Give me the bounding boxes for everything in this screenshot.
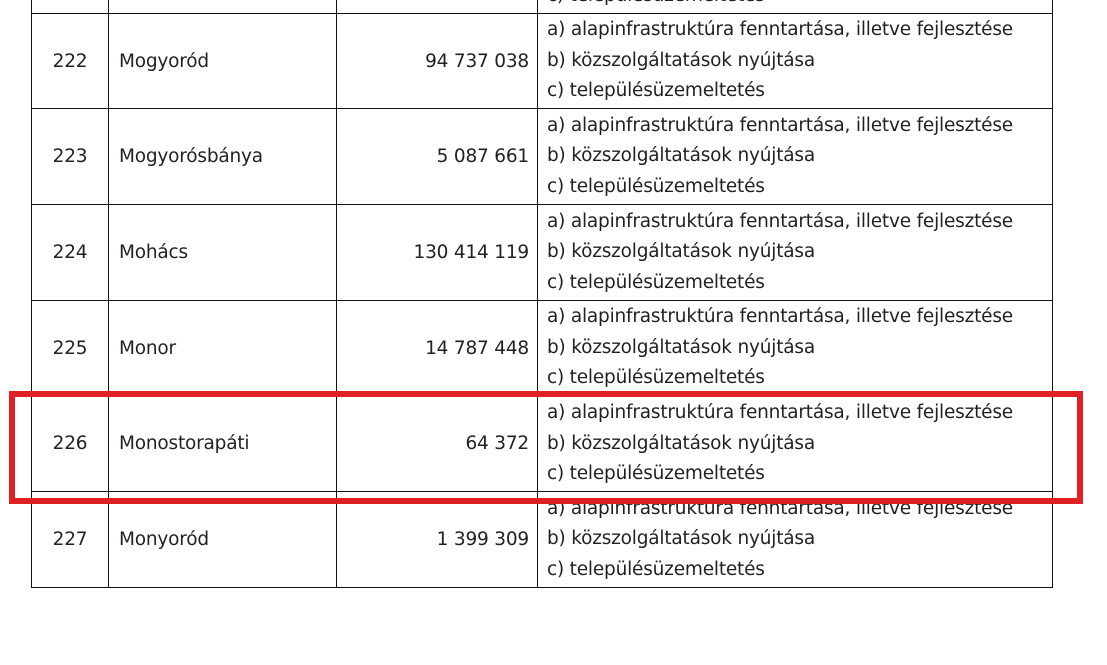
amount: 130 414 119 xyxy=(337,205,538,300)
amount: 1 399 309 xyxy=(337,492,538,587)
table-row: 222Mogyoród94 737 038a) alapinfrastruktú… xyxy=(32,14,1052,110)
task-item: a) alapinfrastruktúra fenntartása, illet… xyxy=(547,398,1013,429)
tasks: a) alapinfrastruktúra fenntartása, illet… xyxy=(538,396,1052,491)
table-row: 227Monyoród1 399 309a) alapinfrastruktúr… xyxy=(32,492,1052,588)
task-item: b) közszolgáltatások nyújtása xyxy=(547,524,815,555)
tasks: a) alapinfrastruktúra fenntartása, illet… xyxy=(538,301,1052,396)
task-item: b) közszolgáltatások nyújtása xyxy=(547,46,815,77)
municipality-name: Monyoród xyxy=(109,492,337,587)
amount: 64 372 xyxy=(337,396,538,491)
task-item: b) közszolgáltatások nyújtása xyxy=(547,237,815,268)
task-item: c) településüzemeltetés xyxy=(547,0,765,11)
task-item: c) településüzemeltetés xyxy=(547,268,765,299)
table-row: 226Monostorapáti64 372a) alapinfrastrukt… xyxy=(32,396,1052,492)
task-item: c) településüzemeltetés xyxy=(547,172,765,203)
municipality-name: Mogyoród xyxy=(109,14,337,109)
municipality-name: Monor xyxy=(109,301,337,396)
row-number: 225 xyxy=(32,301,109,396)
tasks: a) alapinfrastruktúra fenntartása, illet… xyxy=(538,0,1052,13)
task-item: c) településüzemeltetés xyxy=(547,363,765,394)
amount: 14 787 448 xyxy=(337,301,538,396)
amount xyxy=(337,0,538,13)
table-row: 221a) alapinfrastruktúra fenntartása, il… xyxy=(32,0,1052,14)
row-number: 224 xyxy=(32,205,109,300)
table-row: 223Mogyorósbánya5 087 661a) alapinfrastr… xyxy=(32,109,1052,205)
tasks: a) alapinfrastruktúra fenntartása, illet… xyxy=(538,14,1052,109)
row-number: 226 xyxy=(32,396,109,491)
table-row: 224Mohács130 414 119a) alapinfrastruktúr… xyxy=(32,205,1052,301)
task-item: c) településüzemeltetés xyxy=(547,76,765,107)
amount: 5 087 661 xyxy=(337,109,538,204)
task-item: a) alapinfrastruktúra fenntartása, illet… xyxy=(547,207,1013,238)
task-item: b) közszolgáltatások nyújtása xyxy=(547,429,815,460)
row-number: 221 xyxy=(32,0,109,13)
task-item: a) alapinfrastruktúra fenntartása, illet… xyxy=(547,494,1013,525)
row-number: 222 xyxy=(32,14,109,109)
municipality-name: Mogyorósbánya xyxy=(109,109,337,204)
task-item: a) alapinfrastruktúra fenntartása, illet… xyxy=(547,302,1013,333)
task-item: b) közszolgáltatások nyújtása xyxy=(547,333,815,364)
table-row: 225Monor14 787 448a) alapinfrastruktúra … xyxy=(32,301,1052,397)
row-number: 223 xyxy=(32,109,109,204)
task-item: c) településüzemeltetés xyxy=(547,555,765,586)
task-item: a) alapinfrastruktúra fenntartása, illet… xyxy=(547,15,1013,46)
tasks: a) alapinfrastruktúra fenntartása, illet… xyxy=(538,492,1052,587)
municipality-table: 221a) alapinfrastruktúra fenntartása, il… xyxy=(31,0,1053,588)
amount: 94 737 038 xyxy=(337,14,538,109)
municipality-name xyxy=(109,0,337,13)
tasks: a) alapinfrastruktúra fenntartása, illet… xyxy=(538,109,1052,204)
task-item: b) közszolgáltatások nyújtása xyxy=(547,141,815,172)
tasks: a) alapinfrastruktúra fenntartása, illet… xyxy=(538,205,1052,300)
task-item: a) alapinfrastruktúra fenntartása, illet… xyxy=(547,111,1013,142)
municipality-name: Mohács xyxy=(109,205,337,300)
municipality-name: Monostorapáti xyxy=(109,396,337,491)
row-number: 227 xyxy=(32,492,109,587)
task-item: c) településüzemeltetés xyxy=(547,459,765,490)
